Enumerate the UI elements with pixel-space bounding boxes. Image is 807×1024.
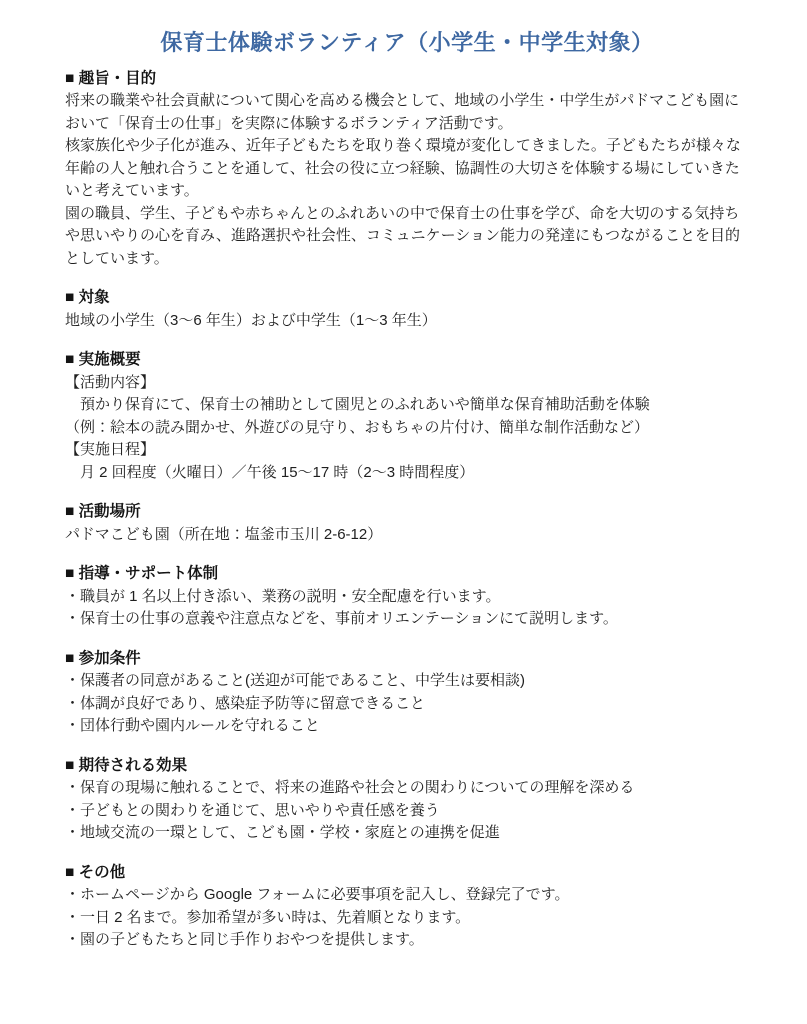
body-line: 【活動内容】: [65, 372, 749, 395]
bullet-line: ・地域交流の一環として、こども園・学校・家庭との連携を促進: [65, 822, 749, 845]
bullet-line: ・体調が良好であり、感染症予防等に留意できること: [65, 693, 749, 716]
bullet-line: ・子どもとの関わりを通じて、思いやりや責任感を養う: [65, 800, 749, 823]
body-paragraph: 核家族化や少子化が進み、近年子どもたちを取り巻く環境が変化してきました。子どもた…: [65, 135, 749, 203]
bullet-line: ・園の子どもたちと同じ手作りおやつを提供します。: [65, 929, 749, 952]
section-heading: ■ その他: [65, 862, 749, 885]
section-location: ■ 活動場所 パドマこども園（所在地：塩釜市玉川 2-6-12）: [65, 501, 749, 546]
body-line: 地域の小学生（3～6 年生）および中学生（1～3 年生）: [65, 310, 749, 333]
bullet-line: ・一日 2 名まで。参加希望が多い時は、先着順となります。: [65, 907, 749, 930]
section-heading: ■ 活動場所: [65, 501, 749, 524]
section-heading: ■ 参加条件: [65, 648, 749, 671]
bullet-line: ・職員が 1 名以上付き添い、業務の説明・安全配慮を行います。: [65, 586, 749, 609]
bullet-line: ・保護者の同意があること(送迎が可能であること、中学生は要相談): [65, 670, 749, 693]
bullet-line: ・ホームページから Google フォームに必要事項を記入し、登録完了です。: [65, 884, 749, 907]
section-overview: ■ 実施概要 【活動内容】 預かり保育にて、保育士の補助として園児とのふれあいや…: [65, 349, 749, 484]
section-effects: ■ 期待される効果 ・保育の現場に触れることで、将来の進路や社会との関わりについ…: [65, 755, 749, 845]
body-paragraph: 将来の職業や社会貢献について関心を高める機会として、地域の小学生・中学生がパドマ…: [65, 90, 749, 135]
section-heading: ■ 趣旨・目的: [65, 68, 749, 91]
body-line: 預かり保育にて、保育士の補助として園児とのふれあいや簡単な保育補助活動を体験: [65, 394, 749, 417]
section-purpose: ■ 趣旨・目的 将来の職業や社会貢献について関心を高める機会として、地域の小学生…: [65, 68, 749, 271]
section-heading: ■ 実施概要: [65, 349, 749, 372]
section-other: ■ その他 ・ホームページから Google フォームに必要事項を記入し、登録完…: [65, 862, 749, 952]
section-heading: ■ 対象: [65, 287, 749, 310]
section-heading: ■ 期待される効果: [65, 755, 749, 778]
document-page: 保育士体験ボランティア（小学生・中学生対象） ■ 趣旨・目的 将来の職業や社会貢…: [0, 0, 807, 1024]
body-line: パドマこども園（所在地：塩釜市玉川 2-6-12）: [65, 524, 749, 547]
bullet-line: ・団体行動や園内ルールを守れること: [65, 715, 749, 738]
section-heading: ■ 指導・サポート体制: [65, 563, 749, 586]
bullet-line: ・保育の現場に触れることで、将来の進路や社会との関わりについての理解を深める: [65, 777, 749, 800]
body-line: 【実施日程】: [65, 439, 749, 462]
section-target: ■ 対象 地域の小学生（3～6 年生）および中学生（1～3 年生）: [65, 287, 749, 332]
bullet-line: ・保育士の仕事の意義や注意点などを、事前オリエンテーションにて説明します。: [65, 608, 749, 631]
section-conditions: ■ 参加条件 ・保護者の同意があること(送迎が可能であること、中学生は要相談) …: [65, 648, 749, 738]
body-paragraph: 園の職員、学生、子どもや赤ちゃんとのふれあいの中で保育士の仕事を学び、命を大切の…: [65, 203, 749, 271]
section-support: ■ 指導・サポート体制 ・職員が 1 名以上付き添い、業務の説明・安全配慮を行い…: [65, 563, 749, 631]
page-title: 保育士体験ボランティア（小学生・中学生対象）: [65, 28, 749, 58]
body-line: （例：絵本の読み聞かせ、外遊びの見守り、おもちゃの片付け、簡単な制作活動など）: [65, 417, 749, 440]
body-line: 月 2 回程度（火曜日）／午後 15～17 時（2～3 時間程度）: [65, 462, 749, 485]
